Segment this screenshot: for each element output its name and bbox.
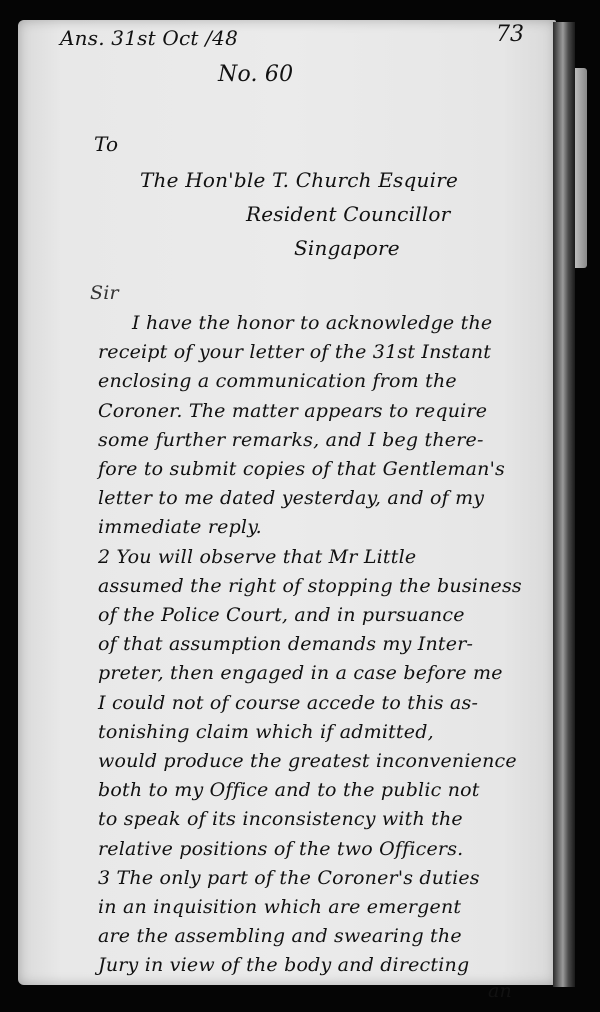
text-line: of that assumption demands my Inter-: [98, 633, 473, 655]
text-line: relative positions of the two Officers.: [98, 838, 463, 860]
text-line: in an inquisition which are emergent: [98, 896, 461, 918]
text-line: enclosing a communication from the: [98, 370, 457, 392]
text-line: 2 You will observe that Mr Little: [98, 546, 416, 568]
greeting: Sir: [90, 282, 119, 304]
text-line: assumed the right of stopping the busine…: [98, 575, 522, 597]
text-line: 3 The only part of the Coroner's duties: [98, 867, 480, 889]
text-line: some further remarks, and I beg there-: [98, 429, 484, 451]
manuscript-page: Ans. 31st Oct /48 73 No. 60 To The Hon'b…: [18, 20, 556, 985]
answer-note: Ans. 31st Oct /48: [60, 26, 238, 50]
salutation-to: To: [94, 132, 118, 156]
text-line: fore to submit copies of that Gentleman'…: [98, 458, 505, 480]
text-line: I have the honor to acknowledge the: [132, 312, 492, 334]
page-number: 73: [496, 22, 524, 47]
text-line: are the assembling and swearing the: [98, 925, 462, 947]
text-line: Jury in view of the body and directing: [98, 954, 469, 976]
text-line: both to my Office and to the public not: [98, 779, 480, 801]
text-line: tonishing claim which if admitted,: [98, 721, 434, 743]
catchword: an: [488, 980, 512, 1002]
text-line: receipt of your letter of the 31st Insta…: [98, 341, 491, 363]
addressee-line-3: Singapore: [294, 236, 400, 260]
addressee-line-2: Resident Councillor: [246, 202, 450, 226]
text-line: would produce the greatest inconvenience: [98, 750, 517, 772]
text-line: letter to me dated yesterday, and of my: [98, 487, 484, 509]
text-line: immediate reply.: [98, 516, 262, 538]
letter-number: No. 60: [218, 62, 293, 87]
addressee-line-1: The Hon'ble T. Church Esquire: [140, 168, 458, 192]
text-line: preter, then engaged in a case before me: [98, 662, 503, 684]
text-line: of the Police Court, and in pursuance: [98, 604, 465, 626]
book-spine: [553, 22, 575, 987]
text-line: Coroner. The matter appears to require: [98, 400, 487, 422]
text-line: to speak of its inconsistency with the: [98, 808, 463, 830]
page-edge: [575, 68, 587, 268]
text-line: I could not of course accede to this as-: [98, 692, 478, 714]
